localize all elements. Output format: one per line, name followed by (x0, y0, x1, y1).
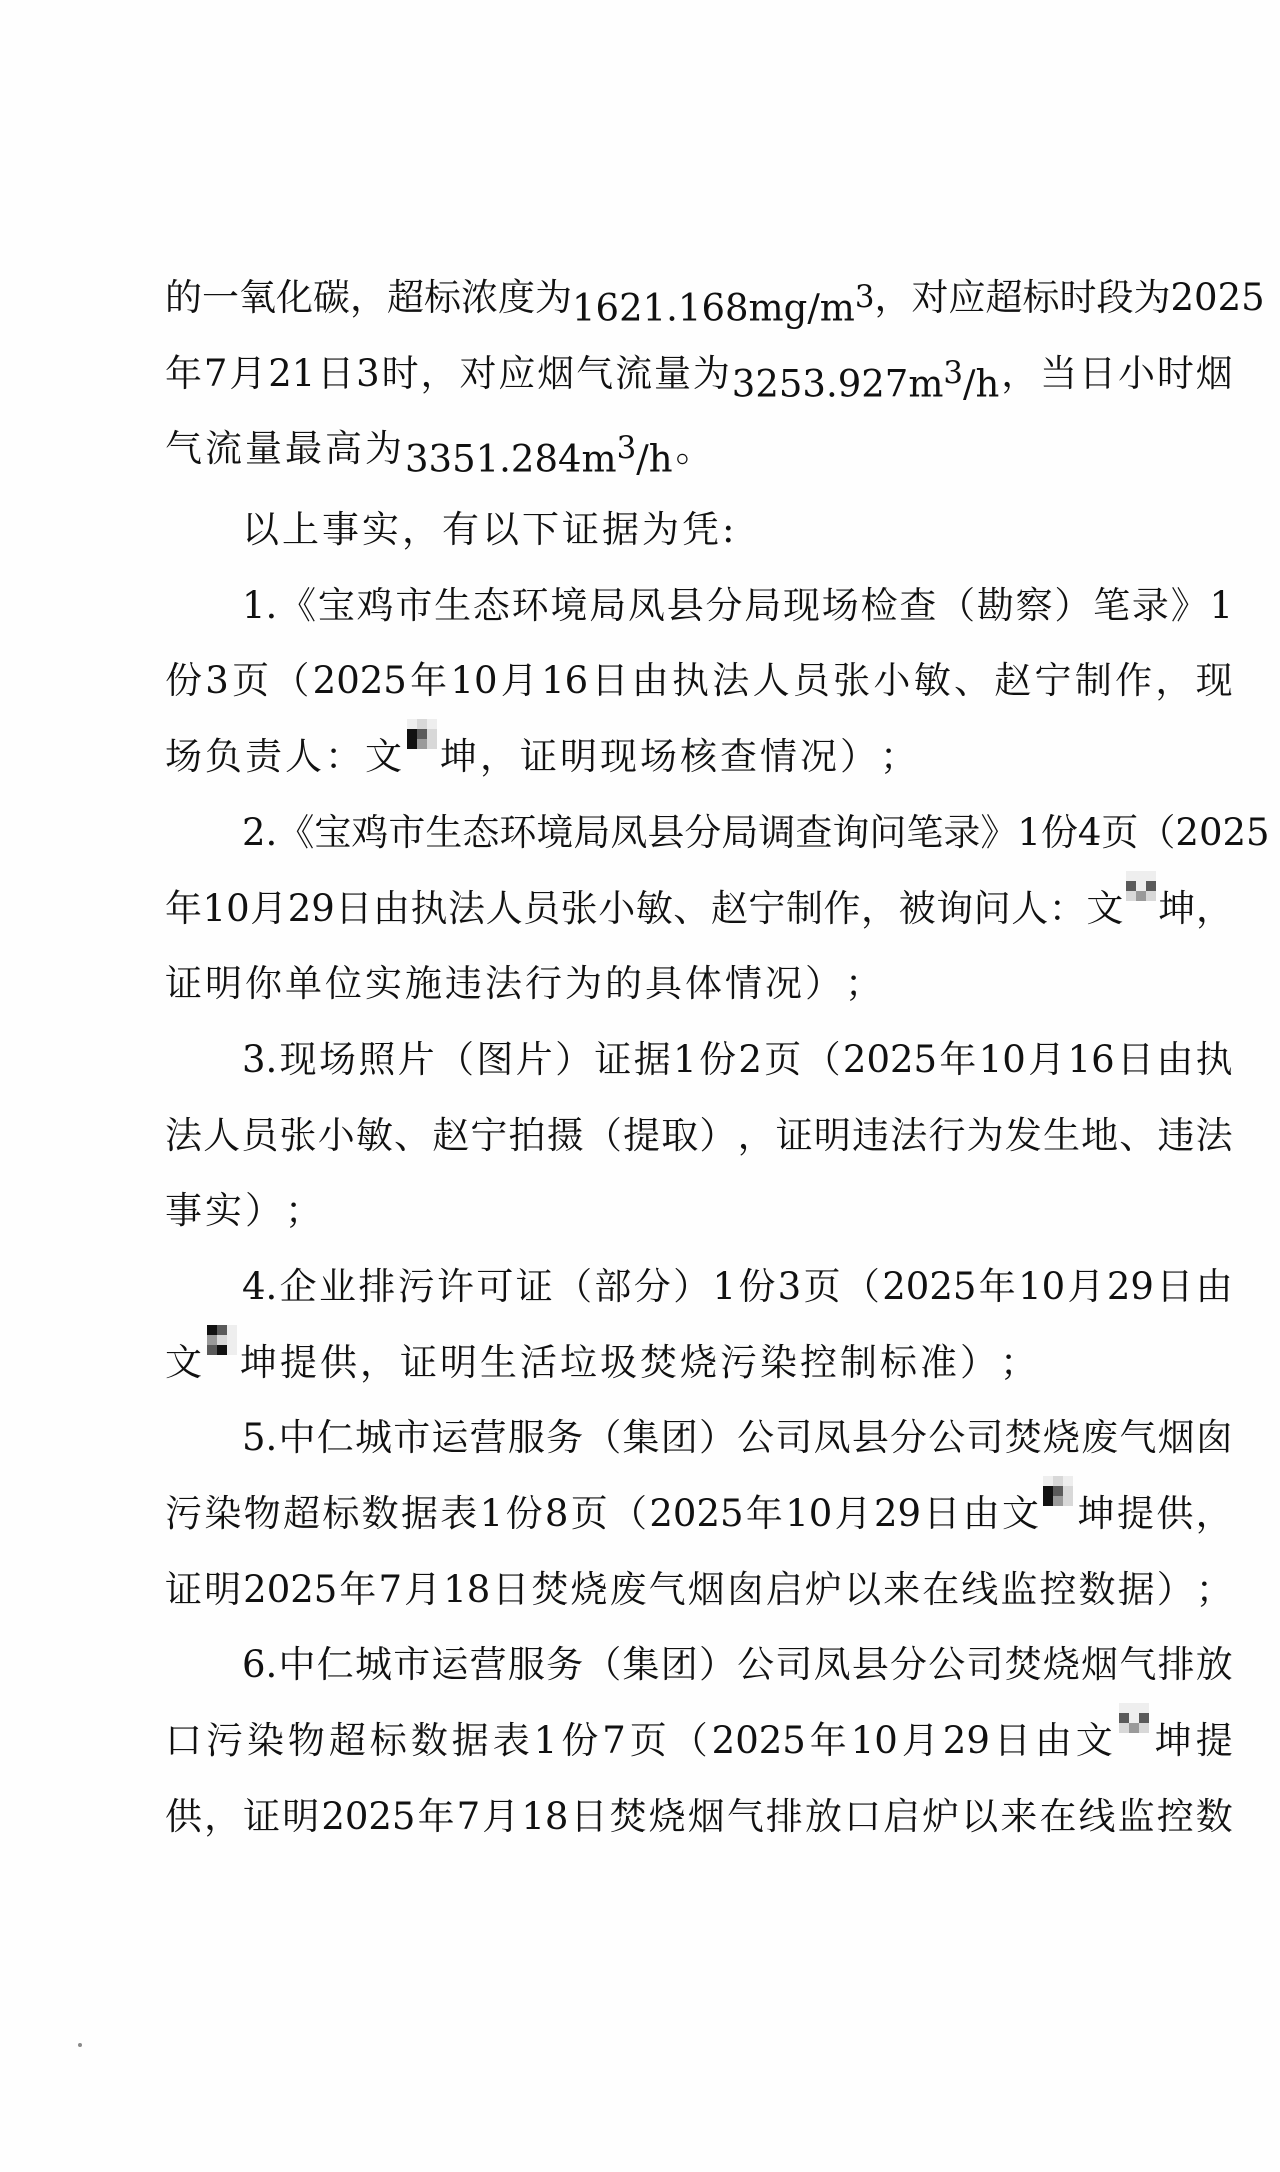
document-line: 份3页（2025年10月16日由执法人员张小敏、赵宁制作，现 (165, 643, 1233, 719)
text-char: 部 (594, 1249, 631, 1325)
text-char: 证 (594, 1022, 631, 1098)
text-char: 控 (1157, 1779, 1194, 1855)
text-char: 提 (623, 1098, 660, 1174)
text-char: 现 (1196, 643, 1233, 719)
line-text: 5.中仁城市运营服务（集团）公司凤县分公司焚烧废气烟囱 (242, 1400, 1233, 1476)
text-char: 位 (325, 946, 362, 1022)
text-char: 询 (832, 795, 869, 871)
text-char: 污 (206, 1703, 243, 1779)
text-char: 排 (766, 1779, 803, 1855)
document-line: 法人员张小敏、赵宁拍摄（提取），证明违法行为发生地、违法 (165, 1098, 1233, 1174)
text-char: ） (555, 1022, 592, 1098)
text-char: 态 (473, 568, 510, 644)
text-char: 勘 (977, 568, 1014, 644)
text-char: ， (402, 492, 439, 568)
text-char: 制 (840, 1325, 877, 1401)
text-char: 司 (775, 1627, 812, 1703)
text-char: 物 (288, 1703, 325, 1779)
text-char: 垃 (560, 1325, 597, 1401)
text-char: 凤 (610, 795, 647, 871)
text-char: 为 (642, 492, 679, 568)
text-run: 1 (1017, 795, 1041, 871)
text-char: 公 (928, 1627, 965, 1703)
text-char: 数 (411, 1703, 448, 1779)
text-char: 询 (936, 871, 973, 947)
text-char: 标 (370, 1703, 407, 1779)
text-char: 超 (329, 1703, 366, 1779)
text-char: 口 (165, 1703, 202, 1779)
text-run: 3 (205, 643, 229, 719)
text-char: 证 (520, 719, 557, 795)
text-char: 为 (967, 1098, 1004, 1174)
text-run: 29 (943, 1703, 990, 1779)
text-char: 场 (640, 719, 677, 795)
text-char: 年 (810, 1703, 847, 1779)
text-char: （ (1138, 795, 1175, 871)
text-char: 取 (661, 1098, 698, 1174)
text-char: : (722, 492, 734, 568)
text-run: 3 (778, 1249, 802, 1325)
text-char: ） (960, 1325, 997, 1401)
text-char: 下 (522, 492, 559, 568)
text-char: 月 (835, 1476, 872, 1552)
text-char: 控 (1039, 1552, 1076, 1628)
text-char: 情 (725, 946, 762, 1022)
text-char: 日 (591, 643, 628, 719)
text-char: 市 (388, 795, 425, 871)
text-char: 凤 (814, 1627, 851, 1703)
text-char: （ (555, 1249, 592, 1325)
text-char: 分 (634, 1249, 671, 1325)
text-char: 分 (706, 568, 743, 644)
text-char: 准 (920, 1325, 957, 1401)
text-char: 人 (285, 719, 322, 795)
text-char: 集 (623, 1627, 660, 1703)
text-char: 生 (1043, 1098, 1080, 1174)
document-line: 事实）； (165, 1173, 1233, 1249)
text-char: 月 (1068, 1249, 1105, 1325)
text-char: 的 (165, 260, 202, 346)
text-char: 流 (205, 411, 242, 497)
text-char: 笔 (1093, 568, 1130, 644)
text-char: （ (584, 1627, 621, 1703)
text-char: 务 (546, 1400, 583, 1476)
text-char: 据 (602, 492, 639, 568)
text-char: 生 (425, 795, 462, 871)
text-char: （ (671, 1703, 708, 1779)
text-char: 现 (600, 719, 637, 795)
text-char: （ (584, 1400, 621, 1476)
text-char: ， (360, 1325, 397, 1401)
text-char: 中 (279, 1627, 316, 1703)
text-char: 行 (525, 946, 562, 1022)
text-char: 控 (800, 1325, 837, 1401)
text-char: 行 (928, 1098, 965, 1174)
text-char: ， (480, 719, 517, 795)
text-run: 2025 (321, 1779, 415, 1855)
text-char: 烧 (1043, 1627, 1080, 1703)
text-char: 流 (615, 336, 652, 422)
text-char: ） (245, 1173, 282, 1249)
text-char: （ (938, 568, 975, 644)
text-char: 烟 (1196, 336, 1233, 422)
line-text: 证明2025年7月18日焚烧废气烟囱启炉以来在线监控数据）； (165, 1552, 1233, 1628)
text-char: 张 (561, 871, 598, 947)
text-run: 29 (288, 871, 335, 947)
text-char: 明 (560, 719, 597, 795)
text-char: 事 (165, 1173, 202, 1249)
text-char: 烧 (680, 1325, 717, 1401)
text-char: 实 (362, 492, 399, 568)
text-char: 司 (775, 1400, 812, 1476)
text-char: 小 (873, 643, 910, 719)
text-char: （ (272, 643, 309, 719)
text-char: （ (610, 1476, 647, 1552)
text-char: 当 (1040, 336, 1077, 422)
text-char: 集 (623, 1400, 660, 1476)
text-char: 团 (661, 1400, 698, 1476)
text-char: 一 (202, 260, 239, 346)
text-char: 企 (280, 1249, 317, 1325)
text-run: 2025 (313, 643, 407, 719)
text-char: 日 (994, 1703, 1031, 1779)
text-char: ） (699, 1627, 736, 1703)
text-char: 为 (1134, 260, 1171, 346)
document-line: 污染物超标数据表1份8页（2025年10月29日由文坤提供， (165, 1476, 1233, 1552)
text-char: ） (805, 946, 842, 1022)
line-text: 份3页（2025年10月16日由执法人员张小敏、赵宁制作，现 (165, 643, 1233, 719)
text-run: 4. (242, 1249, 277, 1325)
text-char: （ (804, 1022, 841, 1098)
text-char: 赵 (994, 643, 1031, 719)
text-char: 月 (250, 871, 287, 947)
text-char: 人 (203, 1098, 240, 1174)
text-char: 场 (822, 568, 859, 644)
text-char: 证 (516, 1249, 553, 1325)
line-text: 法人员张小敏、赵宁拍摄（提取），证明违法行为发生地、违法 (165, 1098, 1233, 1174)
text-char: 数 (1079, 1552, 1116, 1628)
text-char: 应 (498, 336, 535, 422)
text-char: 浓 (461, 260, 498, 346)
text-char: 年 (410, 643, 447, 719)
text-char: （ (585, 1098, 622, 1174)
text-char: 分 (890, 1400, 927, 1476)
text-char: 坤 (440, 719, 477, 795)
text-char: 宁 (470, 1098, 507, 1174)
document-line: 以上事实，有以下证据为凭: (165, 492, 1233, 568)
text-char: 上 (282, 492, 319, 568)
text-run: 7 (204, 336, 228, 422)
text-char: 应 (949, 260, 986, 346)
document-line: 3.现场照片（图片）证据1份2页（2025年10月16日由执 (165, 1022, 1233, 1098)
text-char: （ (437, 1022, 474, 1098)
text-char: 凤 (814, 1400, 851, 1476)
text-char: 以 (242, 492, 279, 568)
text-run: 7 (602, 1703, 626, 1779)
text-char: 烟 (1081, 1627, 1118, 1703)
text-char: 文 (165, 1325, 202, 1401)
text-char: 服 (508, 1400, 545, 1476)
text-char: 月 (229, 336, 266, 422)
text-char: 发 (1005, 1098, 1042, 1174)
text-char: 月 (482, 1779, 519, 1855)
line-text: 场负责人：文坤，证明现场核查情况）； (165, 719, 1233, 795)
document-line: 1.《宝鸡市生态环境局凤县分局现场检查（勘察）笔录》1 (165, 568, 1233, 644)
text-char: 局 (721, 795, 758, 871)
text-char: 照 (358, 1022, 395, 1098)
text-char: 烧 (649, 1779, 686, 1855)
text-char: 证 (400, 1325, 437, 1401)
text-char: 违 (445, 946, 482, 1022)
text-char: 废 (610, 1552, 647, 1628)
text-char: 证 (776, 1098, 813, 1174)
text-char: 标 (322, 1476, 359, 1552)
text-run: 3351.284m3/h (405, 411, 673, 497)
text-char: 启 (766, 1552, 803, 1628)
text-char: ， (204, 1779, 241, 1855)
text-char: 明 (440, 1325, 477, 1401)
line-text: 3.现场照片（图片）证据1份2页（2025年10月16日由执 (242, 1022, 1233, 1098)
text-char: 排 (1158, 1627, 1195, 1703)
text-char: 况 (765, 946, 802, 1022)
text-char: 文 (1002, 1476, 1039, 1552)
text-run: 2025 (649, 1476, 743, 1552)
text-char: 敏 (356, 1098, 393, 1174)
text-char: 证 (562, 492, 599, 568)
text-char: 化 (276, 260, 313, 346)
text-char: 明 (204, 1552, 241, 1628)
text-char: 证 (243, 1779, 280, 1855)
text-run: 2025 (1171, 260, 1265, 346)
text-char: 录 (943, 795, 980, 871)
text-char: 《 (277, 795, 314, 871)
text-char: 烟 (1158, 1400, 1195, 1476)
text-char: 明 (814, 1098, 851, 1174)
text-run: 3. (242, 1022, 277, 1098)
text-char: 、 (394, 1098, 431, 1174)
text-char: 市 (395, 568, 432, 644)
text-char: 为 (535, 260, 572, 346)
line-text: 2.《宝鸡市生态环境局凤县分局调查询问笔录》1份4页（2025 (242, 795, 1233, 871)
text-char: 气 (1119, 1400, 1156, 1476)
text-char: 城 (355, 1627, 392, 1703)
text-char: 放 (805, 1779, 842, 1855)
line-text: 年7月21日3时，对应烟气流量为3253.927m3/h，当日小时烟 (165, 336, 1233, 422)
line-text: 事实）； (165, 1173, 1233, 1249)
text-char: 据 (401, 1476, 438, 1552)
text-char: 的 (605, 946, 642, 1022)
line-text: 证明你单位实施违法行为的具体情况）； (165, 946, 1233, 1022)
document-page: 的一氧化碳，超标浓度为1621.168mg/m3，对应超标时段为2025年7月2… (0, 0, 1280, 2172)
text-char: 囱 (727, 1552, 764, 1628)
text-char: 由 (1035, 1703, 1072, 1779)
text-run: 7 (457, 1779, 481, 1855)
text-char: ， (350, 260, 387, 346)
text-char: 调 (758, 795, 795, 871)
text-char: 检 (861, 568, 898, 644)
document-line: 2.《宝鸡市生态环境局凤县分局调查询问笔录》1份4页（2025 (165, 795, 1233, 871)
text-char: 务 (546, 1627, 583, 1703)
text-char: 法 (485, 946, 522, 1022)
text-char: 焚 (1005, 1627, 1042, 1703)
redacted-name-mosaic (1043, 1476, 1073, 1506)
text-char: 为 (565, 946, 602, 1022)
text-char: 有 (442, 492, 479, 568)
text-char: ） (1157, 1552, 1194, 1628)
text-char: ； (845, 946, 882, 1022)
text-char: 份 (165, 643, 202, 719)
text-char: 在 (1039, 1779, 1076, 1855)
text-char: 炉 (805, 1552, 842, 1628)
text-char: 物 (244, 1476, 281, 1552)
text-char: 法 (712, 643, 749, 719)
text-char: 最 (285, 411, 322, 497)
text-char: 事 (322, 492, 359, 568)
text-char: 焚 (610, 1779, 647, 1855)
text-char: 标 (1023, 260, 1060, 346)
text-char: 人 (486, 871, 523, 947)
text-char: 对 (912, 260, 949, 346)
text-char: 份 (506, 1476, 543, 1552)
text-char: 废 (1081, 1400, 1118, 1476)
text-char: 为 (693, 336, 730, 422)
text-char: 宁 (1035, 643, 1072, 719)
text-char: 据 (452, 1703, 489, 1779)
scan-speck (78, 2043, 82, 2047)
text-char: 页 (1101, 795, 1138, 871)
document-line: 4.企业排污许可证（部分）1份3页（2025年10月29日由 (165, 1249, 1233, 1325)
text-char: 提 (1117, 1476, 1154, 1552)
text-char: 炉 (922, 1779, 959, 1855)
text-char: ） (840, 719, 877, 795)
text-char: 张 (280, 1098, 317, 1174)
text-char: 被 (899, 871, 936, 947)
text-run: 1 (712, 1249, 736, 1325)
text-char: 证 (165, 1552, 202, 1628)
text-char: 份 (561, 1703, 598, 1779)
text-char: 鸡 (357, 568, 394, 644)
text-char: 年 (165, 336, 202, 422)
text-char: 营 (470, 1400, 507, 1476)
text-char: 现 (280, 1022, 317, 1098)
text-char: 烟 (537, 336, 574, 422)
text-char: 张 (833, 643, 870, 719)
text-run: 8 (545, 1476, 569, 1552)
text-char: 页 (571, 1476, 608, 1552)
text-run: 10 (851, 1703, 898, 1779)
line-text: 的一氧化碳，超标浓度为1621.168mg/m3，对应超标时段为2025 (165, 260, 1233, 346)
text-char: 供 (320, 1325, 357, 1401)
text-char: 月 (902, 1703, 939, 1779)
text-char: 日 (317, 336, 354, 422)
text-char: 法 (448, 871, 485, 947)
text-run: 5. (242, 1400, 277, 1476)
text-run: 2 (738, 1022, 762, 1098)
text-char: ； (1196, 1552, 1233, 1628)
text-char: 页 (232, 643, 269, 719)
text-char: 中 (279, 1400, 316, 1476)
text-char: 段 (1097, 260, 1134, 346)
text-char: 污 (165, 1476, 202, 1552)
text-char: 小 (598, 871, 635, 947)
line-text: 口污染物超标数据表1份7页（2025年10月29日由文坤提 (165, 1703, 1233, 1779)
text-char: ， (1196, 871, 1233, 947)
text-run: 1 (1209, 568, 1233, 644)
text-run: 1 (534, 1703, 558, 1779)
text-char: ； (880, 719, 917, 795)
text-char: 拍 (509, 1098, 546, 1174)
text-char: 据 (1118, 1552, 1155, 1628)
line-text: 气流量最高为3351.284m3/h。 (165, 411, 1233, 497)
text-char: 由 (373, 871, 410, 947)
line-text: 以上事实，有以下证据为凭: (242, 492, 1233, 568)
text-char: ， (1001, 336, 1038, 422)
document-line: 年7月21日3时，对应烟气流量为3253.927m3/h，当日小时烟 (165, 341, 1233, 417)
text-char: 负 (205, 719, 242, 795)
text-run: 10 (203, 871, 250, 947)
text-char: ； (285, 1173, 322, 1249)
text-char: 月 (404, 1552, 441, 1628)
text-char: 表 (493, 1703, 530, 1779)
text-char: 坤 (1158, 871, 1195, 947)
text-char: 高 (325, 411, 362, 497)
text-char: 碳 (313, 260, 350, 346)
text-char: 作 (823, 871, 860, 947)
text-char: 标 (424, 260, 461, 346)
text-char: 市 (393, 1400, 430, 1476)
text-char: 月 (501, 643, 538, 719)
text-char: 你 (245, 946, 282, 1022)
text-char: 凤 (628, 568, 665, 644)
document-line: 气流量最高为3351.284m3/h。 (165, 416, 1233, 492)
text-char: 片 (398, 1022, 435, 1098)
text-char: 年 (939, 1022, 976, 1098)
text-char: 摄 (547, 1098, 584, 1174)
text-char: 年 (339, 1552, 376, 1628)
text-char: 焚 (531, 1552, 568, 1628)
text-char: 生 (480, 1325, 517, 1401)
document-line: 的一氧化碳，超标浓度为1621.168mg/m3，对应超标时段为2025 (165, 265, 1233, 341)
text-char: 制 (1075, 643, 1112, 719)
text-char: 营 (470, 1627, 507, 1703)
text-char: 日 (923, 1476, 960, 1552)
text-char: 执 (672, 643, 709, 719)
text-run: 29 (1107, 1249, 1154, 1325)
line-text: 6.中仁城市运营服务（集团）公司凤县分公司焚烧烟气排放 (242, 1627, 1233, 1703)
text-char: 日 (1117, 1022, 1154, 1098)
text-char: 县 (852, 1400, 889, 1476)
text-char: 坤 (1078, 1476, 1115, 1552)
text-char: 员 (241, 1098, 278, 1174)
redacted-name-mosaic (407, 719, 437, 749)
text-char: 员 (793, 643, 830, 719)
text-char: 气 (1119, 1627, 1156, 1703)
text-char: 日 (492, 1552, 529, 1628)
text-char: 页 (630, 1703, 667, 1779)
text-char: 时 (1060, 260, 1097, 346)
text-char: 放 (1196, 1627, 1233, 1703)
text-char: 份 (1041, 795, 1078, 871)
text-char: （ (843, 1249, 880, 1325)
text-char: 、 (1119, 1098, 1156, 1174)
text-char: 焚 (640, 1325, 677, 1401)
text-char: 以 (482, 492, 519, 568)
text-char: 制 (786, 871, 823, 947)
text-char: ， (861, 871, 898, 947)
text-char: 气 (576, 336, 613, 422)
text-char: 具 (645, 946, 682, 1022)
text-char: 察 (1016, 568, 1053, 644)
